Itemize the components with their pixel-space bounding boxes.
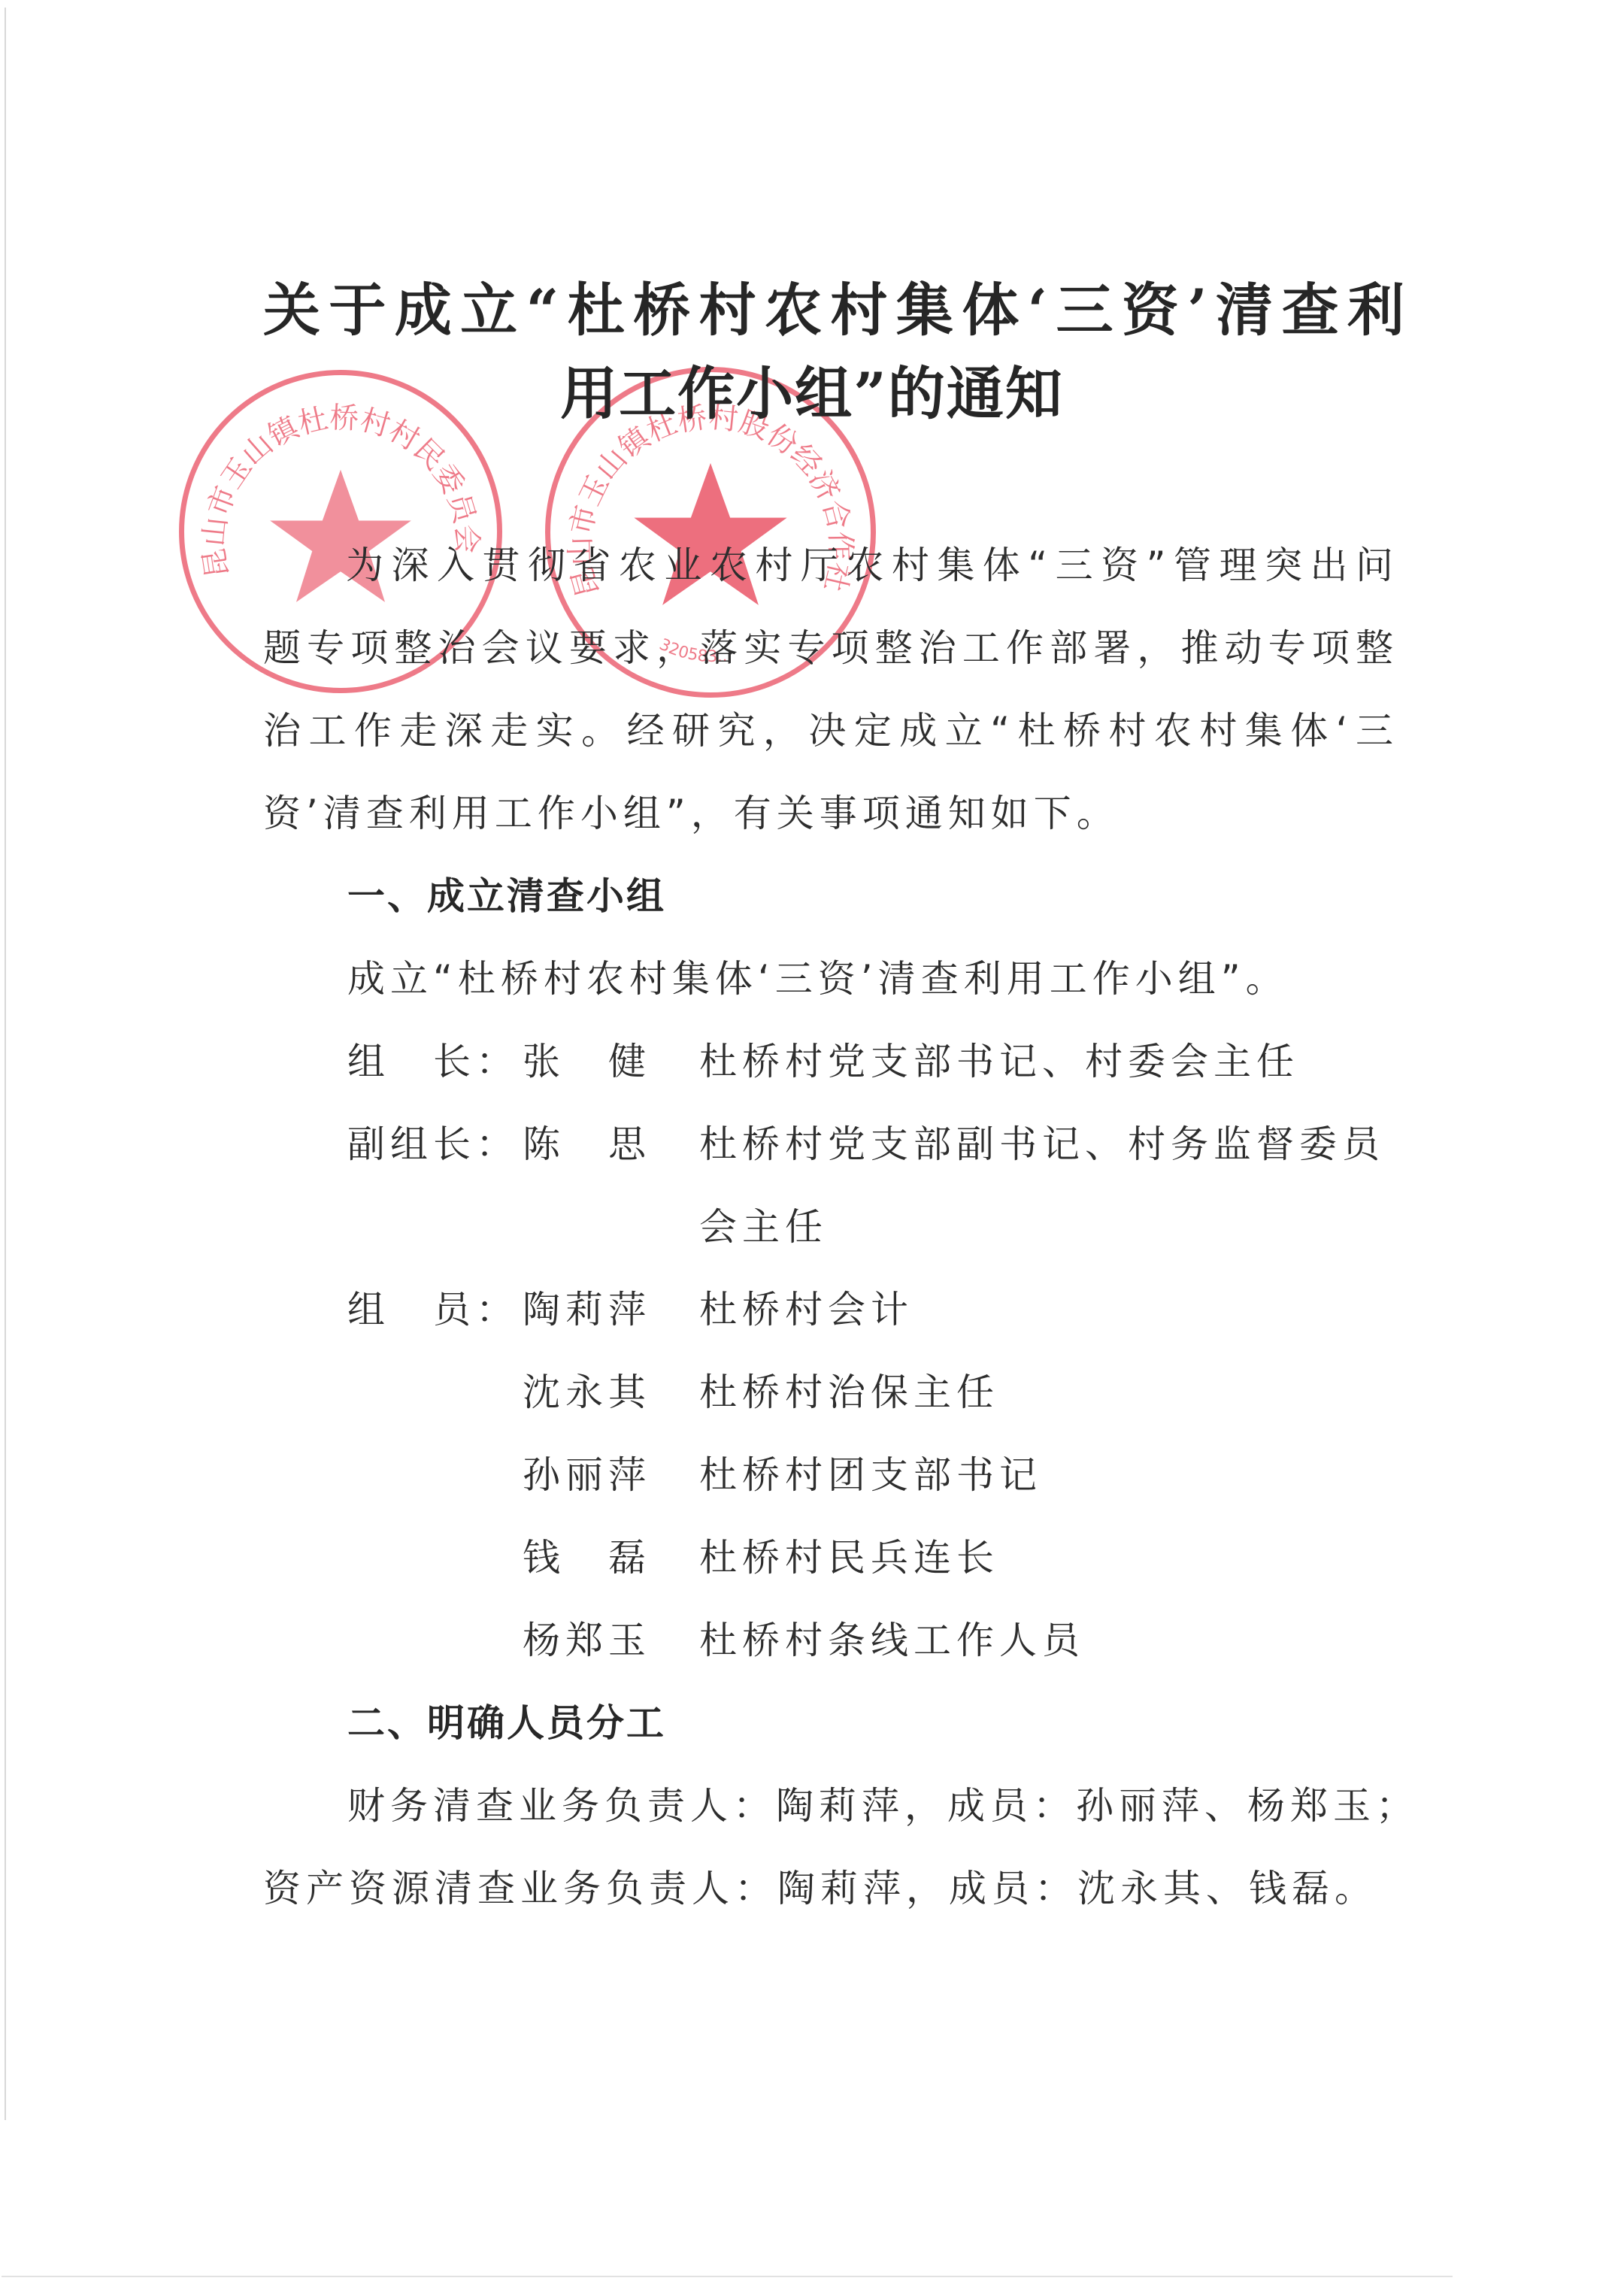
document-title-line2: 用工作小组”的通知 <box>0 348 1624 430</box>
member-role: 组 长： <box>347 1031 519 1086</box>
section-heading: 二、明确人员分工 <box>347 1693 666 1747</box>
member-position: 杜桥村治保主任 <box>699 1362 999 1416</box>
intro-line: 为深入贯彻省农业农村厅农村集体“三资”管理突出问 <box>346 535 1398 589</box>
section-intro: 成立“杜桥村农村集体‘三资’清查利用工作小组”。 <box>347 949 1289 1003</box>
member-position: 杜桥村民兵连长 <box>699 1528 999 1582</box>
member-role: 组 员： <box>347 1280 519 1334</box>
division-line: 资产资源清查业务负责人：陶莉萍，成员：沈永其、钱磊。 <box>263 1858 1377 1913</box>
member-name: 钱 磊 <box>523 1528 651 1582</box>
member-position-cont: 会主任 <box>699 1197 828 1251</box>
member-position: 杜桥村团支部书记 <box>699 1445 1042 1499</box>
scan-edge-bottom <box>2 2276 1453 2277</box>
member-role: 副组长： <box>347 1114 519 1168</box>
member-name: 孙丽萍 <box>523 1445 651 1499</box>
division-line: 财务清查业务负责人：陶莉萍，成员：孙丽萍、杨郑玉； <box>347 1776 1400 1830</box>
member-position: 杜桥村党支部书记、村委会主任 <box>699 1031 1299 1086</box>
member-position: 杜桥村条线工作人员 <box>699 1610 1085 1664</box>
member-name: 陈 思 <box>523 1114 651 1168</box>
member-name: 张 健 <box>523 1031 651 1086</box>
intro-line: 题专项整治会议要求，落实专项整治工作部署，推动专项整 <box>263 618 1398 672</box>
member-name: 沈永其 <box>523 1362 651 1416</box>
member-position: 杜桥村党支部副书记、村务监督委员 <box>699 1114 1385 1168</box>
member-name: 杨郑玉 <box>523 1610 651 1664</box>
intro-line: 资’清查利用工作小组”，有关事项通知如下。 <box>263 783 1120 838</box>
scan-edge-left <box>5 8 6 2120</box>
member-position: 杜桥村会计 <box>699 1280 913 1334</box>
section-heading: 一、成立清查小组 <box>347 866 666 920</box>
document-title-line1: 关于成立“杜桥村农村集体‘三资’清查利 <box>263 265 1406 347</box>
member-name: 陶莉萍 <box>523 1280 651 1334</box>
intro-line: 治工作走深走实。经研究，决定成立“杜桥村农村集体‘三 <box>263 701 1398 755</box>
